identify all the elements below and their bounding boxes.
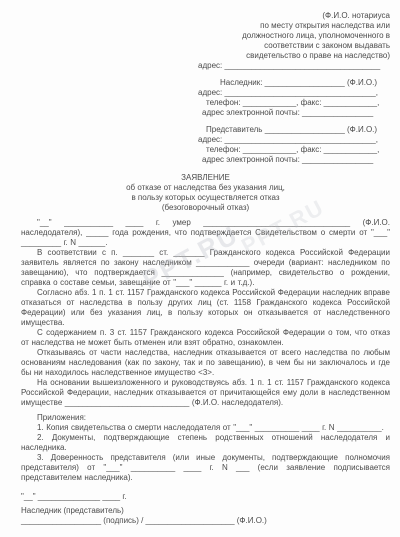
attachment-item: 2. Документы, подтверждающие степень род… xyxy=(21,433,390,453)
signature-line: __________________ (подпись) / _________… xyxy=(21,516,390,526)
notary-line: соответствии с законом выдавать xyxy=(198,41,390,51)
date-line: "__" ______________ ____ г. xyxy=(21,492,390,502)
heir-name-line: Наследник: __________________ (Ф.И.О.) xyxy=(198,78,390,88)
representative-email-line: адрес электронной почты: _______________… xyxy=(198,155,390,165)
title-line: (безоговорочный отказ) xyxy=(21,203,390,213)
body-paragraph: В соответствии с п. _______ ст. _______ … xyxy=(21,248,390,288)
body-paragraph: С содержанием п. 3 ст. 1157 Гражданского… xyxy=(21,328,390,348)
notary-header-block: (Ф.И.О. нотариуса по месту открытия насл… xyxy=(198,11,390,71)
body-paragraph: Согласно абз. 1 п. 1 ст. 1157 Гражданско… xyxy=(21,288,390,328)
representative-phone-fax-line: телефон: ____________, факс: ___________… xyxy=(198,145,390,155)
title-line: об отказе от наследства без указания лиц… xyxy=(21,183,390,193)
document-page: PPT.RU PPT.RU (Ф.И.О. нотариуса по месту… xyxy=(0,0,400,537)
representative-address-line: адрес: _________________________________… xyxy=(198,135,390,145)
attachments-heading: Приложения: xyxy=(21,413,390,423)
signer-label: Наследник (представитель) xyxy=(21,506,390,516)
body-paragraph: На основании вышеизложенного и руководст… xyxy=(21,378,390,408)
notary-address-line: адрес: _________________________________… xyxy=(198,61,390,71)
notary-line: по месту открытия наследства или xyxy=(198,21,390,31)
body-paragraph: "__" ___________ ____ г. умер __________… xyxy=(21,218,390,248)
heir-phone-fax-line: телефон: ____________, факс: ___________… xyxy=(198,98,390,108)
notary-line: должностного лица, уполномоченного в xyxy=(198,31,390,41)
notary-line: (Ф.И.О. нотариуса xyxy=(198,11,390,21)
document-footer: "__" ______________ ____ г. Наследник (п… xyxy=(21,492,390,526)
attachments-section: Приложения: 1. Копия свидетельства о сме… xyxy=(21,413,390,483)
attachment-item: 3. Доверенность представителя (или иные … xyxy=(21,453,390,483)
notary-line: свидетельство о праве на наследство) xyxy=(198,51,390,61)
representative-block: Представитель __________________ (Ф.И.О.… xyxy=(198,125,390,165)
document-body: "__" ___________ ____ г. умер __________… xyxy=(21,218,390,408)
attachment-item: 1. Копия свидетельства о смерти наследод… xyxy=(21,423,390,433)
document-title: ЗАЯВЛЕНИЕ об отказе от наследства без ук… xyxy=(21,173,390,213)
title-line: ЗАЯВЛЕНИЕ xyxy=(21,173,390,183)
title-line: в пользу которых осуществляется отказ xyxy=(21,193,390,203)
heir-email-line: адрес электронной почты: _______________… xyxy=(198,108,390,118)
heir-block: Наследник: __________________ (Ф.И.О.) а… xyxy=(198,78,390,118)
body-paragraph: Отказываясь от части наследства, наследн… xyxy=(21,348,390,378)
heir-address-line: адрес: _________________________________… xyxy=(198,88,390,98)
signature-block: Наследник (представитель) ______________… xyxy=(21,506,390,526)
representative-name-line: Представитель __________________ (Ф.И.О.… xyxy=(198,125,390,135)
